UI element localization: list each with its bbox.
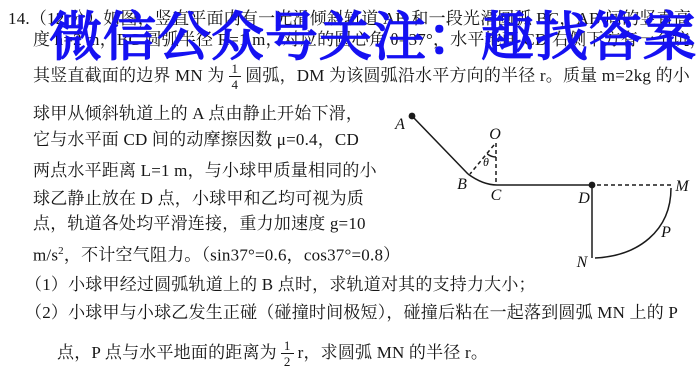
line-9-units: m/s — [33, 246, 58, 265]
pit-arc-mn — [595, 188, 671, 258]
label-m: M — [674, 178, 690, 195]
line-3-text-b: 圆弧，DM 为该圆弧沿水平方向的半径 r。质量 m=2kg 的小 — [245, 66, 690, 86]
problem-line-6: 两点水平距离 L=1 m，与小球甲质量相同的小 — [33, 161, 377, 181]
label-p: P — [660, 224, 671, 241]
arc-track-bc — [468, 174, 497, 185]
line-3-text-a: 其竖直截面的边界 MN 为 — [33, 66, 225, 86]
label-a: A — [394, 116, 405, 133]
watermark: 微信公众号关注：趣找答案 — [49, 11, 697, 64]
label-theta: θ — [483, 155, 489, 169]
physics-figure: A O B C D M N P θ — [370, 95, 700, 285]
figure-svg: A O B C D M N P θ — [370, 95, 700, 285]
ball-at-a-dot — [409, 113, 416, 120]
label-n: N — [576, 254, 589, 271]
label-o: O — [489, 126, 501, 143]
question-2b-text-a: 点，P 点与水平地面的距离为 — [57, 343, 277, 363]
problem-line-9: m/s2，不计空气阻力。（sin37°=0.6，cos37°=0.8） — [33, 241, 400, 266]
ball-at-d-dot — [589, 182, 596, 189]
question-2: （2）小球甲与小球乙发生正碰（碰撞时间极短），碰撞后粘在一起落到圆弧 MN 上的… — [25, 303, 678, 323]
question-2-continued: 点，P 点与水平地面的距离为 1 2 r，求圆弧 MN 的半径 r。 — [57, 332, 488, 374]
fraction-one-half: 1 2 — [281, 339, 294, 368]
fraction-denominator: 2 — [281, 353, 294, 368]
line-9-text: ，不计空气阻力。（sin37°=0.6，cos37°=0.8） — [64, 246, 400, 265]
label-d: D — [577, 190, 590, 207]
problem-line-4: 球甲从倾斜轨道上的 A 点由静止开始下滑， — [33, 104, 363, 124]
fraction-denominator: 4 — [229, 76, 242, 91]
question-2b-text-b: r，求圆弧 MN 的半径 r。 — [298, 343, 488, 363]
incline-track-ab — [412, 116, 468, 174]
problem-line-7: 球乙静止放在 D 点，小球甲和乙均可视为质 — [33, 189, 364, 209]
problem-line-5: 它与水平面 CD 间的动摩擦因数 μ=0.4，CD — [33, 130, 359, 150]
fraction-numerator: 1 — [281, 339, 294, 353]
label-b: B — [457, 176, 467, 193]
radius-ob-dashed — [470, 145, 494, 174]
problem-line-8: 点，轨道各处均平滑连接，重力加速度 g=10 — [33, 214, 366, 234]
label-c: C — [491, 187, 502, 204]
